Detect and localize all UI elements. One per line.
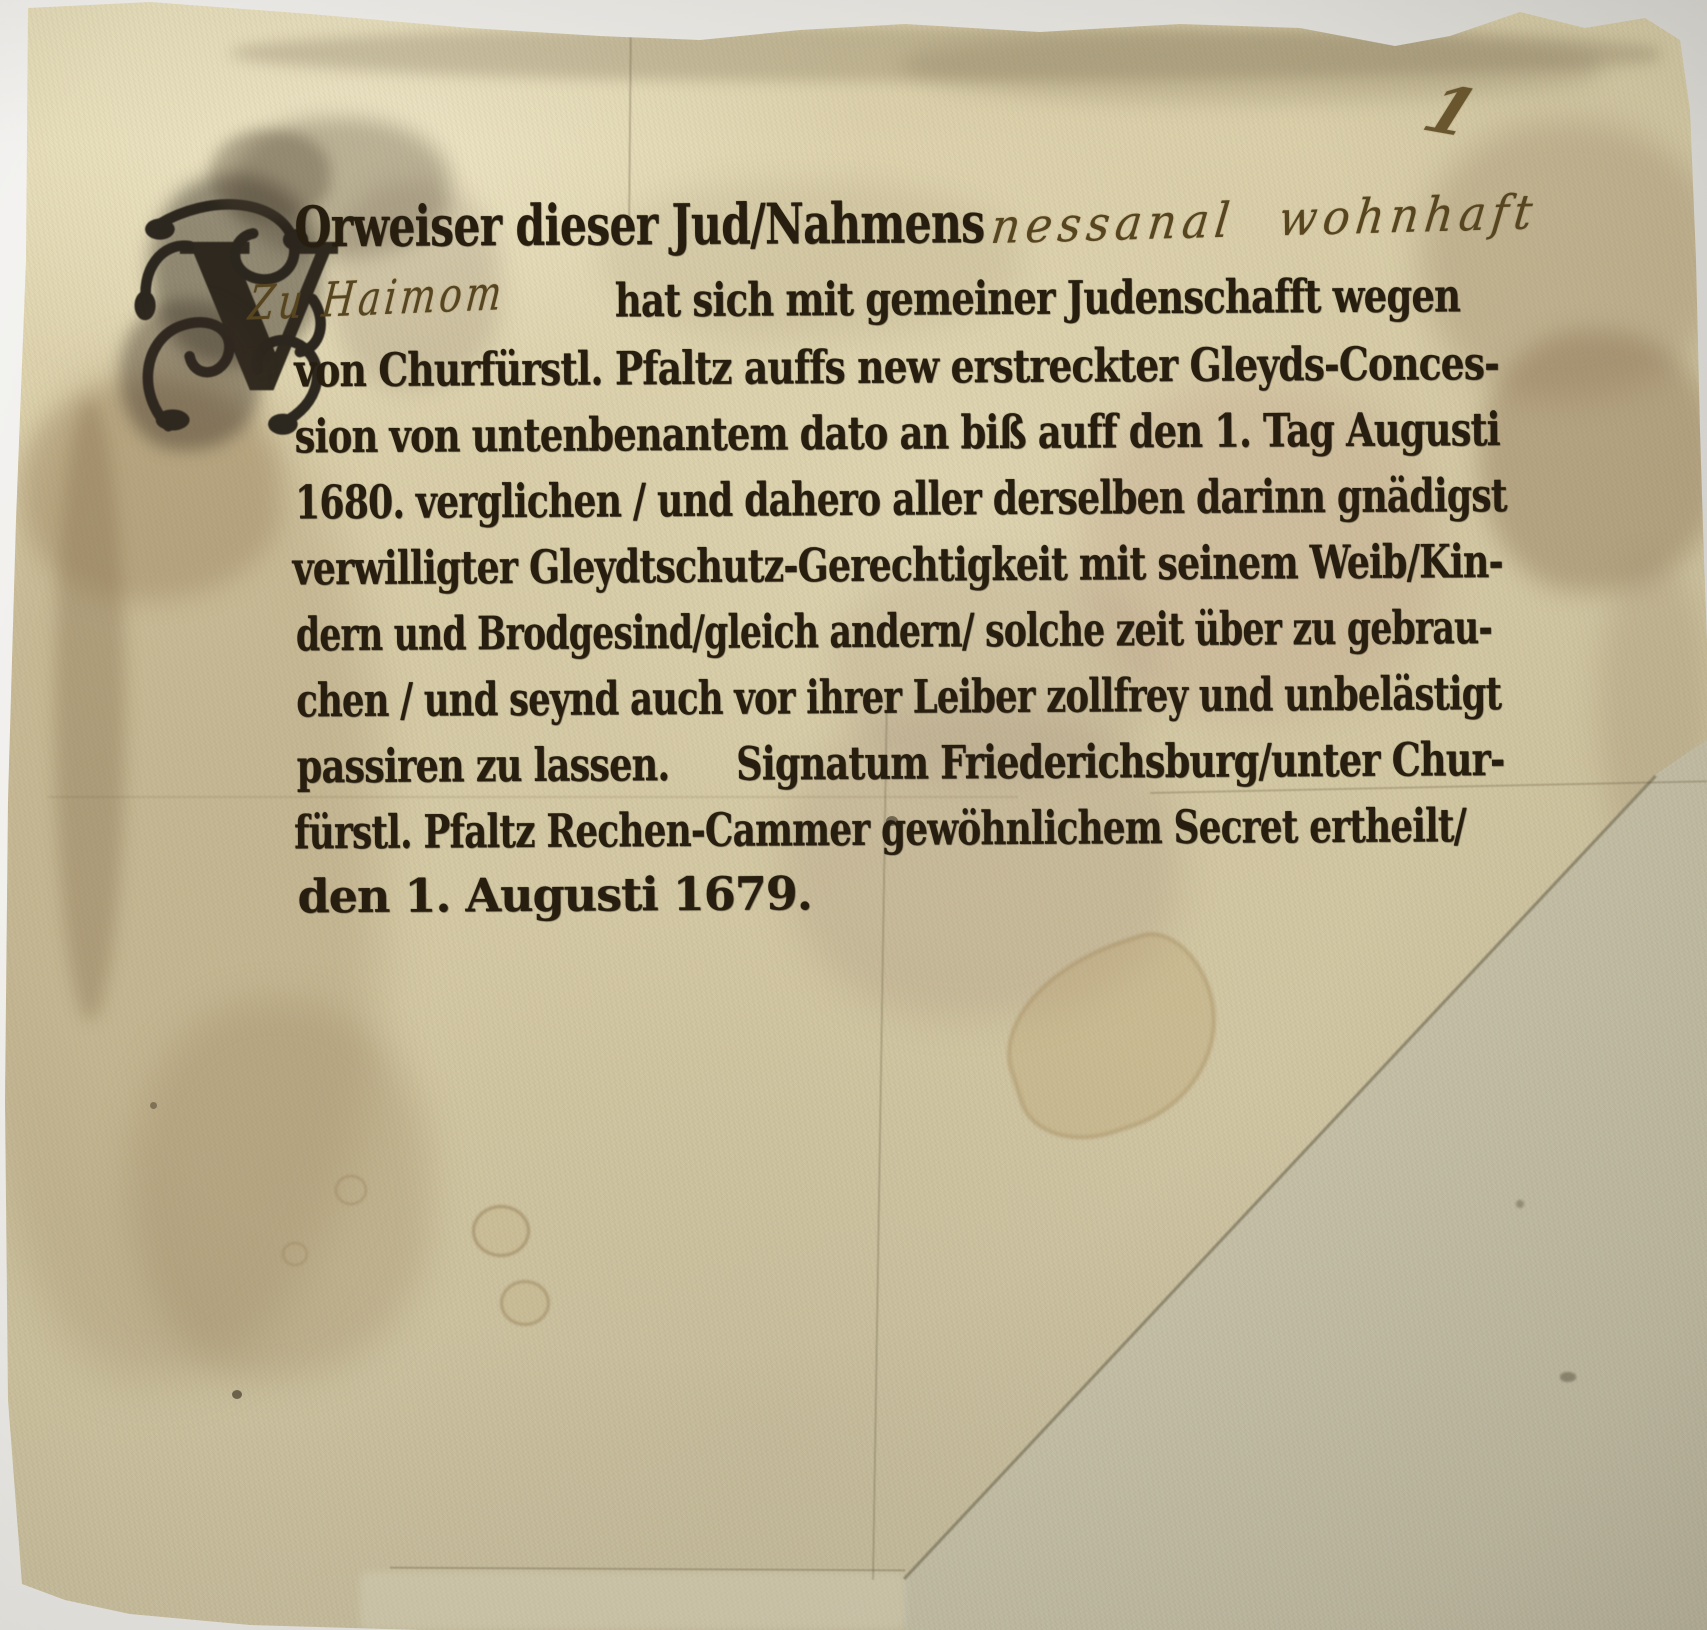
printed-line-9-part-b: Signatum Friederichsburg/unter Chur- <box>736 732 1505 791</box>
printed-line-2: hat sich mit gemeiner Judenschafft wegen <box>615 272 1461 323</box>
printed-line-6: verwilligter Gleydtschutz-Gerechtigkeit … <box>292 538 1503 591</box>
printed-line-1: Orweiser dieser Jud/Nahmens <box>294 195 984 255</box>
handwritten-name-entry: nessanal wohnhaft <box>988 184 1541 255</box>
document-text-block: Orweiser dieser Jud/Nahmens nessanal woh… <box>0 0 1707 1630</box>
printed-line-3: von Churfürstl. Pfaltz auffs new erstrec… <box>294 340 1499 393</box>
printed-line-11: den 1. Augusti 1679. <box>297 870 812 919</box>
printed-line-9-part-a: passiren zu lassen. <box>297 737 670 793</box>
printed-line-10: fürstl. Pfaltz Rechen-Cammer gewöhnliche… <box>294 802 1466 855</box>
document-paper: V 1 Orweiser dieser Jud/Nahmens <box>0 0 1707 1630</box>
printed-line-4: sion von untenbenantem dato an biß auff … <box>295 406 1500 459</box>
printed-line-8: chen / und seynd auch vor ihrer Leiber z… <box>296 670 1501 723</box>
handwritten-residence-entry: Zu Haimom <box>246 265 508 331</box>
printed-line-9: passiren zu lassen.Signatum Friederichsb… <box>297 736 1505 789</box>
printed-line-5: 1680. verglichen / und dahero aller ders… <box>295 472 1507 525</box>
photo-background: V 1 Orweiser dieser Jud/Nahmens <box>0 0 1707 1630</box>
printed-line-7: dern und Brodgesind/gleich andern/ solch… <box>296 604 1492 657</box>
